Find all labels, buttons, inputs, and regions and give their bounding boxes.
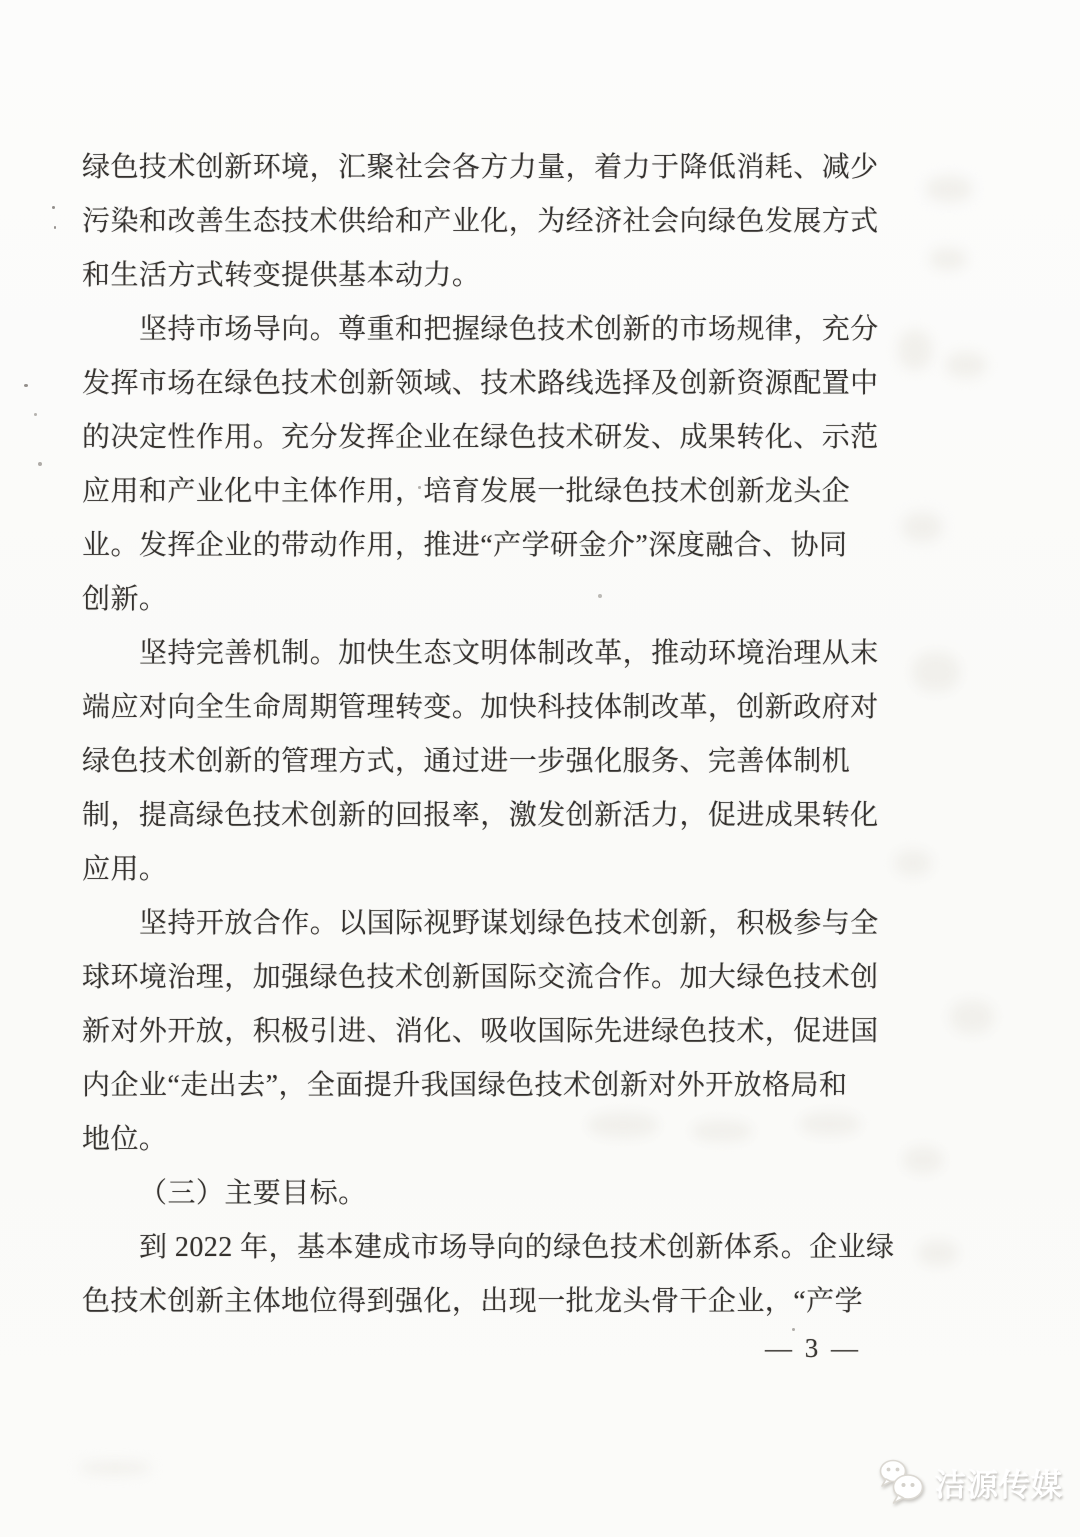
text-line: 污染和改善生态技术供给和产业化，为经济社会向绿色发展方式 xyxy=(82,195,888,249)
scan-artifact xyxy=(898,330,932,370)
text-line: （三）主要目标。 xyxy=(82,1167,888,1221)
text-line: 制，提高绿色技术创新的回报率，激发创新活力，促进成果转化 xyxy=(82,789,888,843)
scan-speck xyxy=(418,486,421,489)
scan-speck xyxy=(38,462,42,466)
text-line: 坚持完善机制。加快生态文明体制改革，推动环境治理从末 xyxy=(82,627,888,681)
text-line: 地位。 xyxy=(82,1113,888,1167)
scan-speck xyxy=(52,206,55,209)
scan-artifact xyxy=(692,1120,752,1142)
scan-artifact xyxy=(895,850,931,876)
scan-speck xyxy=(24,384,28,387)
text-line: 新对外开放，积极引进、消化、吸收国际先进绿色技术，促进国 xyxy=(82,1005,888,1059)
watermark: 洁源传媒 xyxy=(876,1458,1063,1506)
text-line: 绿色技术创新的管理方式，通过进一步强化服务、完善体制机 xyxy=(82,735,888,789)
text-line: 球环境治理，加强绿色技术创新国际交流合作。加大绿色技术创 xyxy=(82,951,888,1005)
scan-speck xyxy=(34,413,37,416)
scan-artifact xyxy=(950,1000,994,1034)
scan-artifact xyxy=(588,1112,658,1138)
text-line: 色技术创新主体地位得到强化，出现一批龙头骨干企业，“产学 xyxy=(82,1275,888,1329)
watermark-text: 洁源传媒 xyxy=(935,1460,1063,1505)
text-line: 应用。 xyxy=(82,843,888,897)
scan-speck xyxy=(54,226,56,229)
scan-artifact xyxy=(918,1240,958,1266)
text-line: 创新。 xyxy=(82,573,888,627)
text-line: 绿色技术创新环境，汇聚社会各方力量，着力于降低消耗、减少 xyxy=(82,141,888,195)
scan-speck xyxy=(792,1328,795,1331)
text-line: 到 2022 年，基本建成市场导向的绿色技术创新体系。企业绿 xyxy=(82,1221,888,1275)
text-line: 坚持开放合作。以国际视野谋划绿色技术创新，积极参与全 xyxy=(82,897,888,951)
text-line: 内企业“走出去”，全面提升我国绿色技术创新对外开放格局和 xyxy=(82,1059,888,1113)
text-line: 端应对向全生命周期管理转变。加快科技体制改革，创新政府对 xyxy=(82,681,888,735)
scan-artifact xyxy=(903,1146,943,1174)
text-line: 发挥市场在绿色技术创新领域、技术路线选择及创新资源配置中 xyxy=(82,357,888,411)
scan-artifact xyxy=(80,1462,150,1474)
scan-artifact xyxy=(946,352,986,378)
text-line: 和生活方式转变提供基本动力。 xyxy=(82,249,888,303)
document-body: 绿色技术创新环境，汇聚社会各方力量，着力于降低消耗、减少 污染和改善生态技术供给… xyxy=(82,141,888,1329)
scan-speck xyxy=(598,594,602,598)
text-line: 的决定性作用。充分发挥企业在绿色技术研发、成果转化、示范 xyxy=(82,411,888,465)
text-line: 应用和产业化中主体作用，培育发展一批绿色技术创新龙头企 xyxy=(82,465,888,519)
text-line: 业。发挥企业的带动作用，推进“产学研金介”深度融合、协同 xyxy=(82,519,888,573)
scanned-document-page: 绿色技术创新环境，汇聚社会各方力量，着力于降低消耗、减少 污染和改善生态技术供给… xyxy=(0,0,1080,1537)
text-line: 坚持市场导向。尊重和把握绿色技术创新的市场规律，充分 xyxy=(82,303,888,357)
scan-artifact xyxy=(926,176,972,202)
scan-artifact xyxy=(800,1112,860,1136)
scan-artifact xyxy=(902,512,942,542)
scan-artifact xyxy=(930,248,966,270)
scan-artifact xyxy=(912,652,960,692)
page-number: — 3 — xyxy=(733,1333,893,1364)
wechat-icon xyxy=(876,1458,928,1506)
